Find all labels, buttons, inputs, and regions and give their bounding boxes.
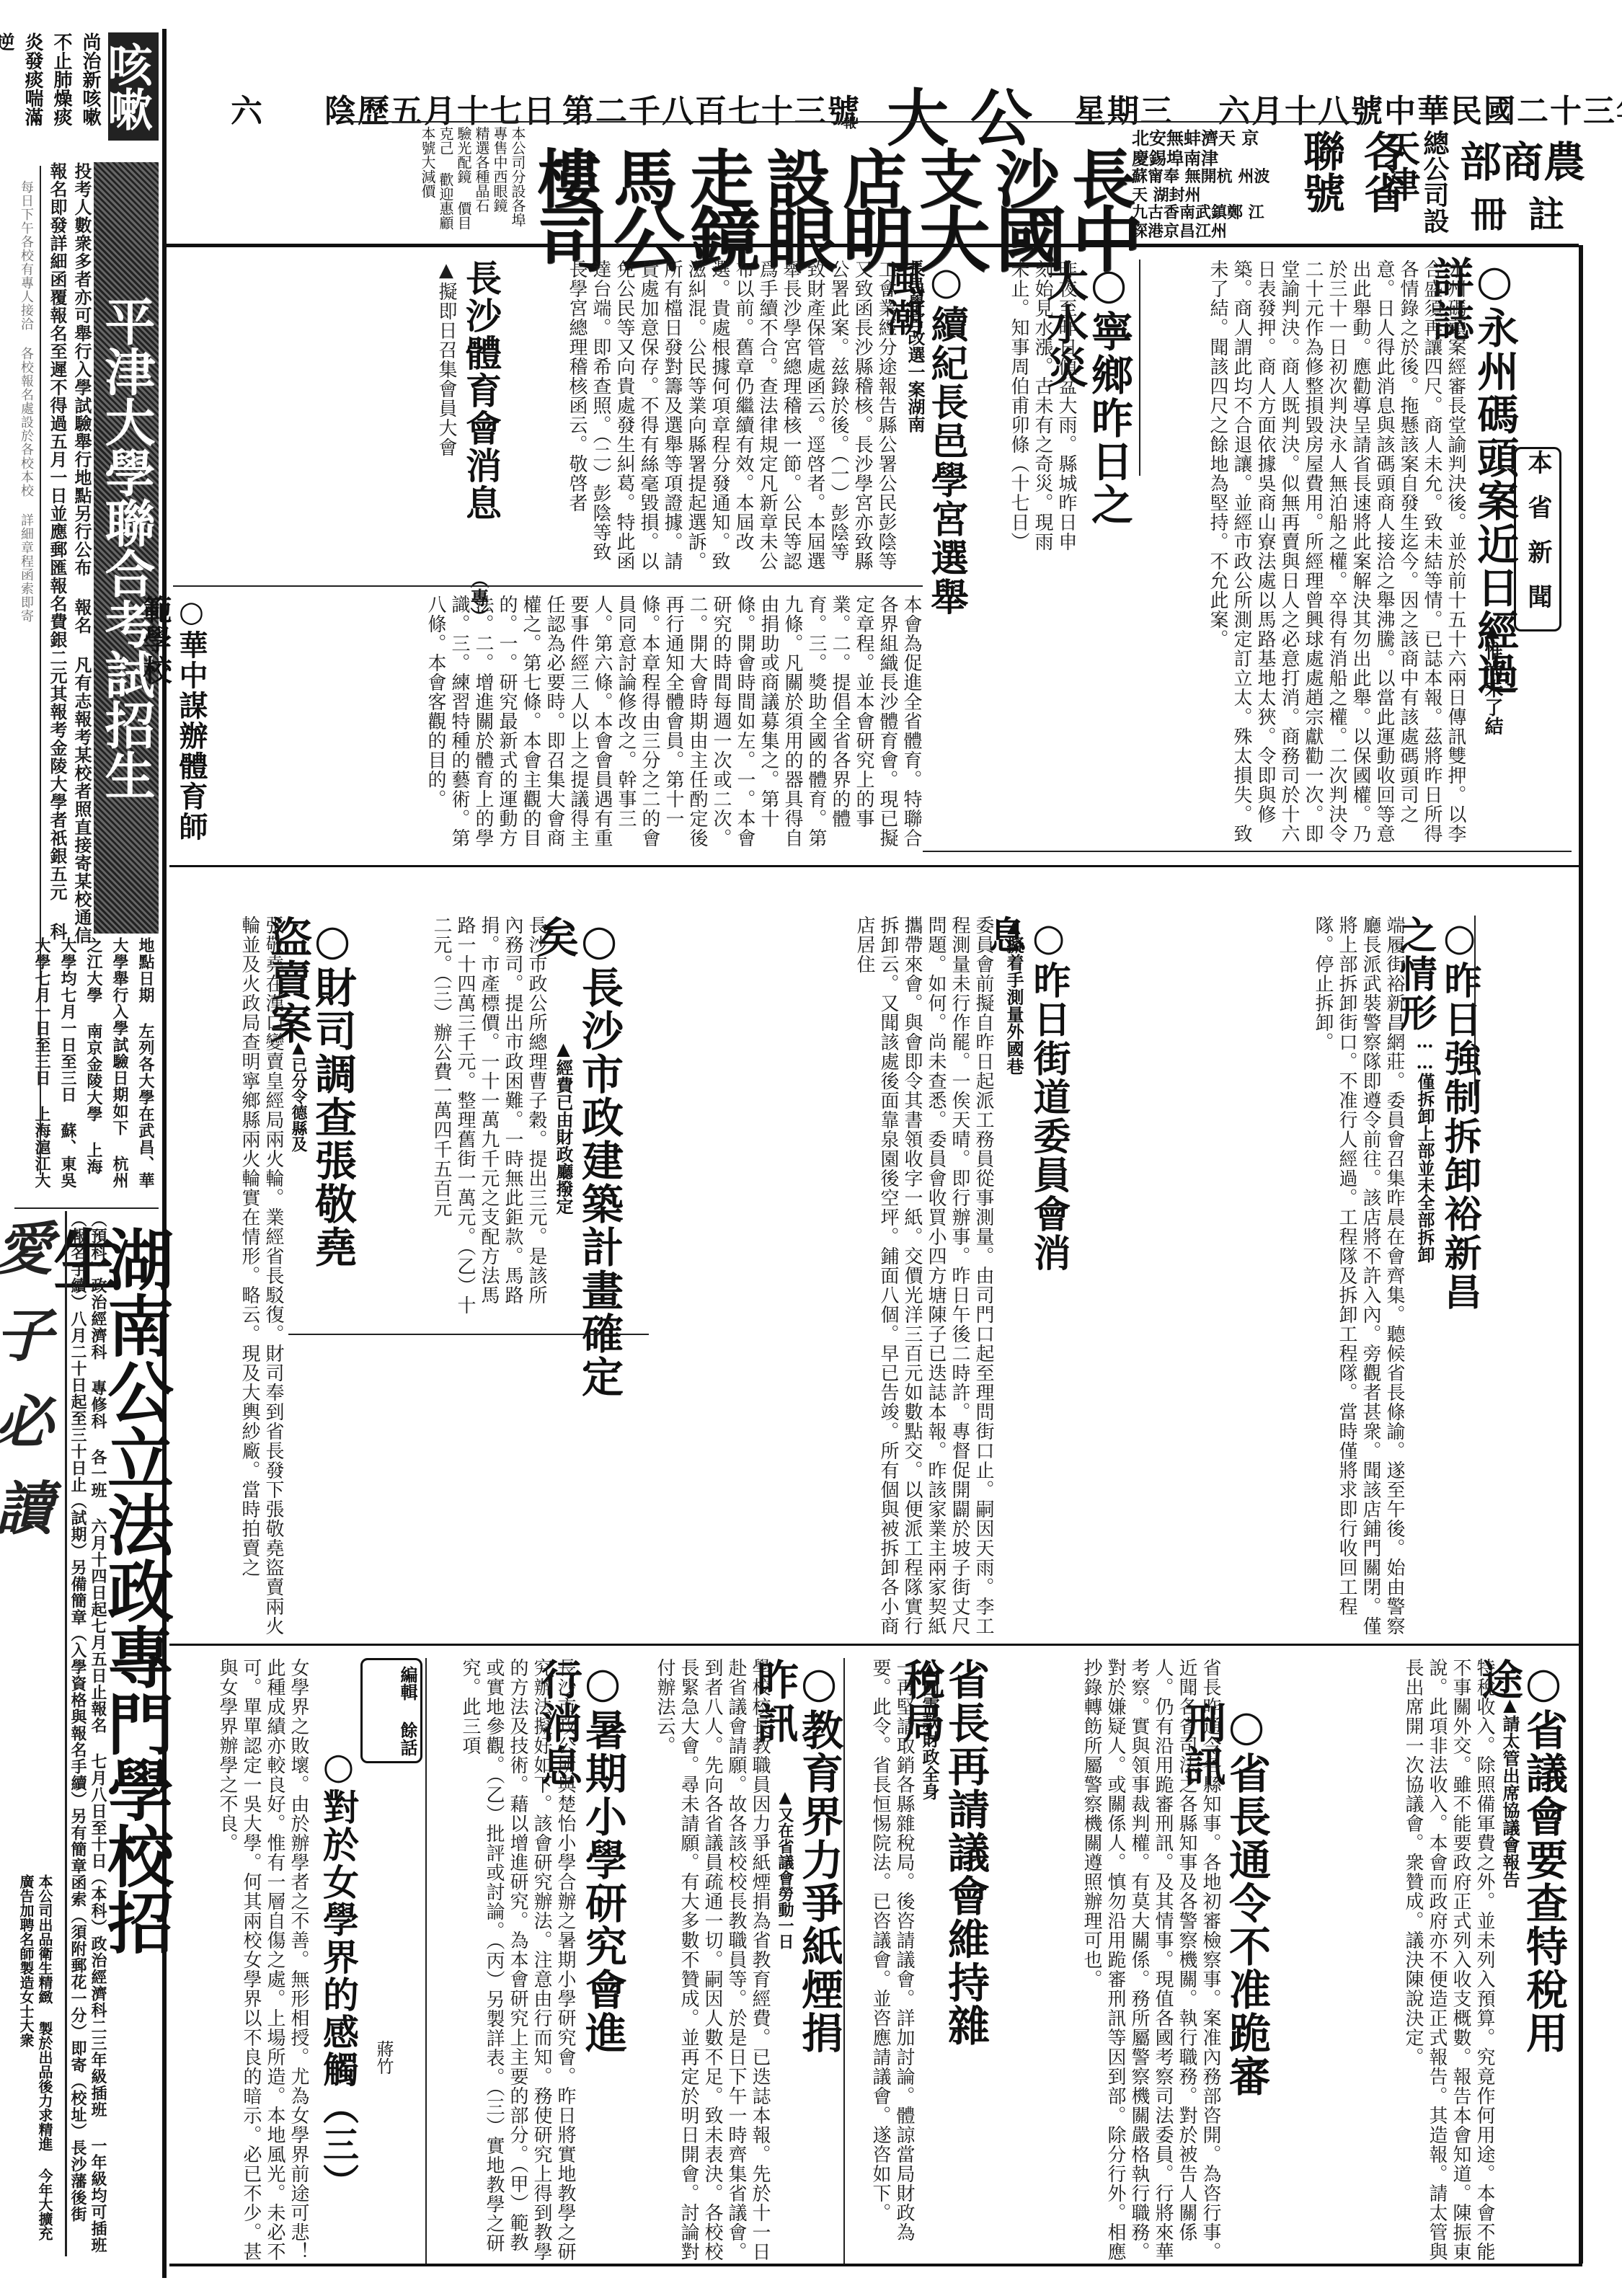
shizheng-headline: ○長沙市政建築計畫確定矣 <box>577 916 621 1420</box>
local-news-label: 本省新聞 <box>1514 447 1561 631</box>
circle-bullet-icon: ○ <box>1470 256 1519 306</box>
xuexiao-headline: ○續紀長邑學宮選舉風潮 <box>926 260 968 634</box>
caisi-headline: ○財司調查張敬堯盜賣案 <box>310 916 355 1290</box>
circle-bullet-icon: ○ <box>575 916 624 966</box>
tiyu-body-top: ▲擬即日召集會員大會 <box>216 260 458 577</box>
hq-label: 總公司設 <box>1417 130 1453 238</box>
republic-year: 中華民國二十三年 <box>1384 85 1622 131</box>
right-page-border <box>1579 245 1583 2264</box>
circle-bullet-icon: ○ <box>174 595 208 630</box>
registered-label: 註冊 <box>1471 186 1586 238</box>
exam-ad-dates: 地點日期 左列各大學在武昌、華大學舉行入學試驗日期如下 杭州之江大學 南京金陵大… <box>29 937 159 1189</box>
shuqi-headline: ○暑期小學研究會進行消息 <box>580 1658 625 2062</box>
exam-ad-divider <box>40 166 41 1175</box>
editorial-title: ○對於女學界的感觸（三） <box>317 1745 360 2206</box>
shengzhang-body: 一再堅請取銷各縣雜稅局。後咨請議會。詳加討論。體諒當局財政為要。此令。省長恒惕院… <box>847 1658 916 2264</box>
masthead-rule <box>346 121 1355 123</box>
bottom-ad-text: 本公司出品衛生精緻 製於出品後力求精進 今年大擴充廣告加聘名師製造女士大衆 <box>32 1874 54 2249</box>
page-bottom-rule <box>169 2264 1582 2266</box>
editorial-body: 女學界之敗壞。由於辦學者之不善。無形相授。尤為女學界前途可悲！此種成績亦較良好。… <box>173 1658 310 2264</box>
shengzhang-subhead: ▲因需款財政全身 <box>919 1658 941 1874</box>
ministry-label: 農商部 <box>1460 128 1585 189</box>
circle-bullet-icon: ○ <box>794 1658 843 1708</box>
guishen-body: 省長昨通令各縣知事。各地初審檢察事。案准內務部咨開。為咨行事。近聞各省司法之各縣… <box>1038 1658 1222 2264</box>
huazhong-headline: ○華中謀辦體育師範學校 <box>173 595 209 854</box>
shizheng-subhead: ▲經費已由財政廳撥定 <box>551 1038 575 1326</box>
tiyu-headline: 長沙體育會消息 <box>461 260 503 562</box>
xuexiao-subhead: 長邑學宮改選一案湖南 <box>905 260 926 562</box>
school-ad-divider <box>65 1211 67 2256</box>
exam-ad-faint-text: 每日下午各校有專人接洽 各校報名處設於各校本校 詳細章程函索即寄 <box>11 180 37 1153</box>
circle-bullet-icon: ○ <box>1084 260 1133 310</box>
cough-ad-title: 咳嗽 <box>108 32 159 141</box>
shuiyong-body: 特稅收入。除照備軍費之外。並未列入預算。究竟作何用途。本會不能不事關外交。雖不能… <box>1254 1658 1496 2264</box>
banner-bottom-rule <box>166 244 1579 247</box>
guishen-headline: ○省長通令不准跪審刑訊 <box>1226 1701 1269 2105</box>
date: 六月十八號 <box>1218 85 1384 131</box>
editorial-author: 蔣竹 <box>375 2040 396 2127</box>
editorial-label: 編輯 餘話 <box>360 1658 422 1763</box>
issue-number: 第二千八百七十三號 <box>562 85 861 131</box>
shuqi-body: 長沙市政公所與楚怡小學合辦之暑期小學研究會。昨日將實地教學之研究辦法擬好如下。該… <box>433 1658 577 2264</box>
circle-bullet-icon: ○ <box>578 1658 627 1708</box>
circle-bullet-icon: ○ <box>1519 1658 1568 1708</box>
script-ad: 愛子必讀 <box>14 1218 61 1867</box>
shengzhang-headline: 省長再請議會維持雜稅局 <box>944 1658 988 2062</box>
shuiyong-subhead: ▲請太管出席協議會報告 <box>1499 1694 1521 1968</box>
section-rule <box>923 851 1572 852</box>
chaixie-subhead: ……僅拆卸上部並未全部拆卸 <box>1413 1031 1436 1319</box>
circle-bullet-icon: ○ <box>1027 916 1071 961</box>
circle-bullet-icon: ○ <box>924 260 968 305</box>
row-divider <box>169 865 1579 867</box>
banner-small-text: 本公司分設各埠 專售中西眼鏡 精選各種晶石 驗光配鏡 價目克己 歡迎惠顧 本號大… <box>166 126 526 234</box>
section-rule <box>173 585 923 587</box>
jiedao-body: 委員會前擬自昨日起派工務員從事測量。由司門口起至理問街口止。嗣因天雨。李工程測量… <box>634 916 995 1636</box>
column-divider <box>1139 260 1140 476</box>
yongzhou-subhead: ▲惟尚未了結 <box>1478 620 1504 764</box>
jiedao-headline: ○昨日街道委員會消息 <box>1027 916 1071 1290</box>
page-number: 六 <box>231 85 264 131</box>
jiaoyu-body: 學校校長教職員因力爭紙煙捐為省教育經費。已迭誌本報。先於十一日赴省議會請願。故各… <box>634 1658 771 2264</box>
circle-bullet-icon: ○ <box>1222 1701 1271 1752</box>
jiaoyu-subhead: ▲又在省議會勞動一日 <box>775 1788 797 2004</box>
shizheng-body: 長沙市政公所總理曹子穀。提出三元。是該所內務司。提出市政困難。一時無此鉅款。馬路… <box>360 916 548 1319</box>
jiedao-subhead: ▲擬着手測量外國巷 <box>1002 916 1025 1204</box>
row-divider <box>169 1644 1579 1646</box>
xuexiao-body: 工會業經分途報告縣公署公民彭陰等又致函長沙縣稽核。長沙學宮亦致縣公署此案。兹錄於… <box>505 260 898 577</box>
chaixie-body: 端履街裕新昌網莊。委員會召集昨晨在會齊集。聽候省長條諭。遂至午後。始由警察廳長派… <box>1081 916 1406 1636</box>
caisi-subhead: ▲已分令德縣及 <box>288 1038 310 1254</box>
ningxiang-body: 昨夜至昨日傾盆大雨。縣城昨日申刻始見水漲。古未有之奇災。現雨未止。知事周伯甫卯條… <box>955 260 1078 562</box>
left-strip-rule <box>14 1207 159 1209</box>
lunar-date: 陰歷五月十七日 <box>324 85 557 131</box>
banner-branches-b: 蘇甯奉 無開杭 州波天 湖封州 <box>1132 167 1276 205</box>
circle-bullet-icon: ○ <box>308 916 357 966</box>
jiaoyu-headline: ○教育界力爭紙煙捐昨訊 <box>797 1658 841 2062</box>
banner-branches-a: 北安無蚌濟天 京慶錫埠南津 <box>1132 128 1276 169</box>
circle-bullet-icon: ○ <box>317 1745 360 1789</box>
column-divider <box>843 1658 845 2264</box>
shuiyong-headline: ○省議會要查特稅用途 <box>1521 1658 1566 2062</box>
column-divider <box>1474 916 1476 1096</box>
weekday: 星期三 <box>1074 85 1174 131</box>
section-rule <box>288 1334 649 1335</box>
cough-ad-text: 尚治新咳嗽 不止肺燥痰 炎發痰喘滿逆 <box>14 32 105 141</box>
banner-branches-c: 九古香南武鎮鄭 江琛港京昌江州 <box>1132 203 1276 241</box>
tiyu-body: 本會為促進全省體育。特聯合各界組織長沙體育會。現已擬定章程。並本會研究上的事業。… <box>209 595 923 854</box>
exam-ad-text: 投考人數衆多者亦可舉行入學試驗舉行地點另行公布 報名 凡有志報考某校者照直接寄某… <box>43 162 94 955</box>
caisi-body: 張敬堯在漢口變賣皇經局兩火輪。業經省長駁復。財司奉到省長發下張敬堯盜賣兩火輪並及… <box>173 916 285 1636</box>
school-ad-text: （預科）政治經濟科 專修科 各一班 六月十四日起七月五日止報名 七月八日至十日（… <box>68 1211 108 2256</box>
school-ad-title: 湖南公立法政專門學校招生 <box>108 1225 162 1997</box>
paper-name-suffix: 報 <box>843 117 865 131</box>
ningxiang-headline: ○寧鄉昨日之大水災 <box>1085 260 1131 562</box>
exam-ad-title: 平津大學聯合考試招生 <box>94 162 159 934</box>
column-divider <box>425 1658 427 2264</box>
